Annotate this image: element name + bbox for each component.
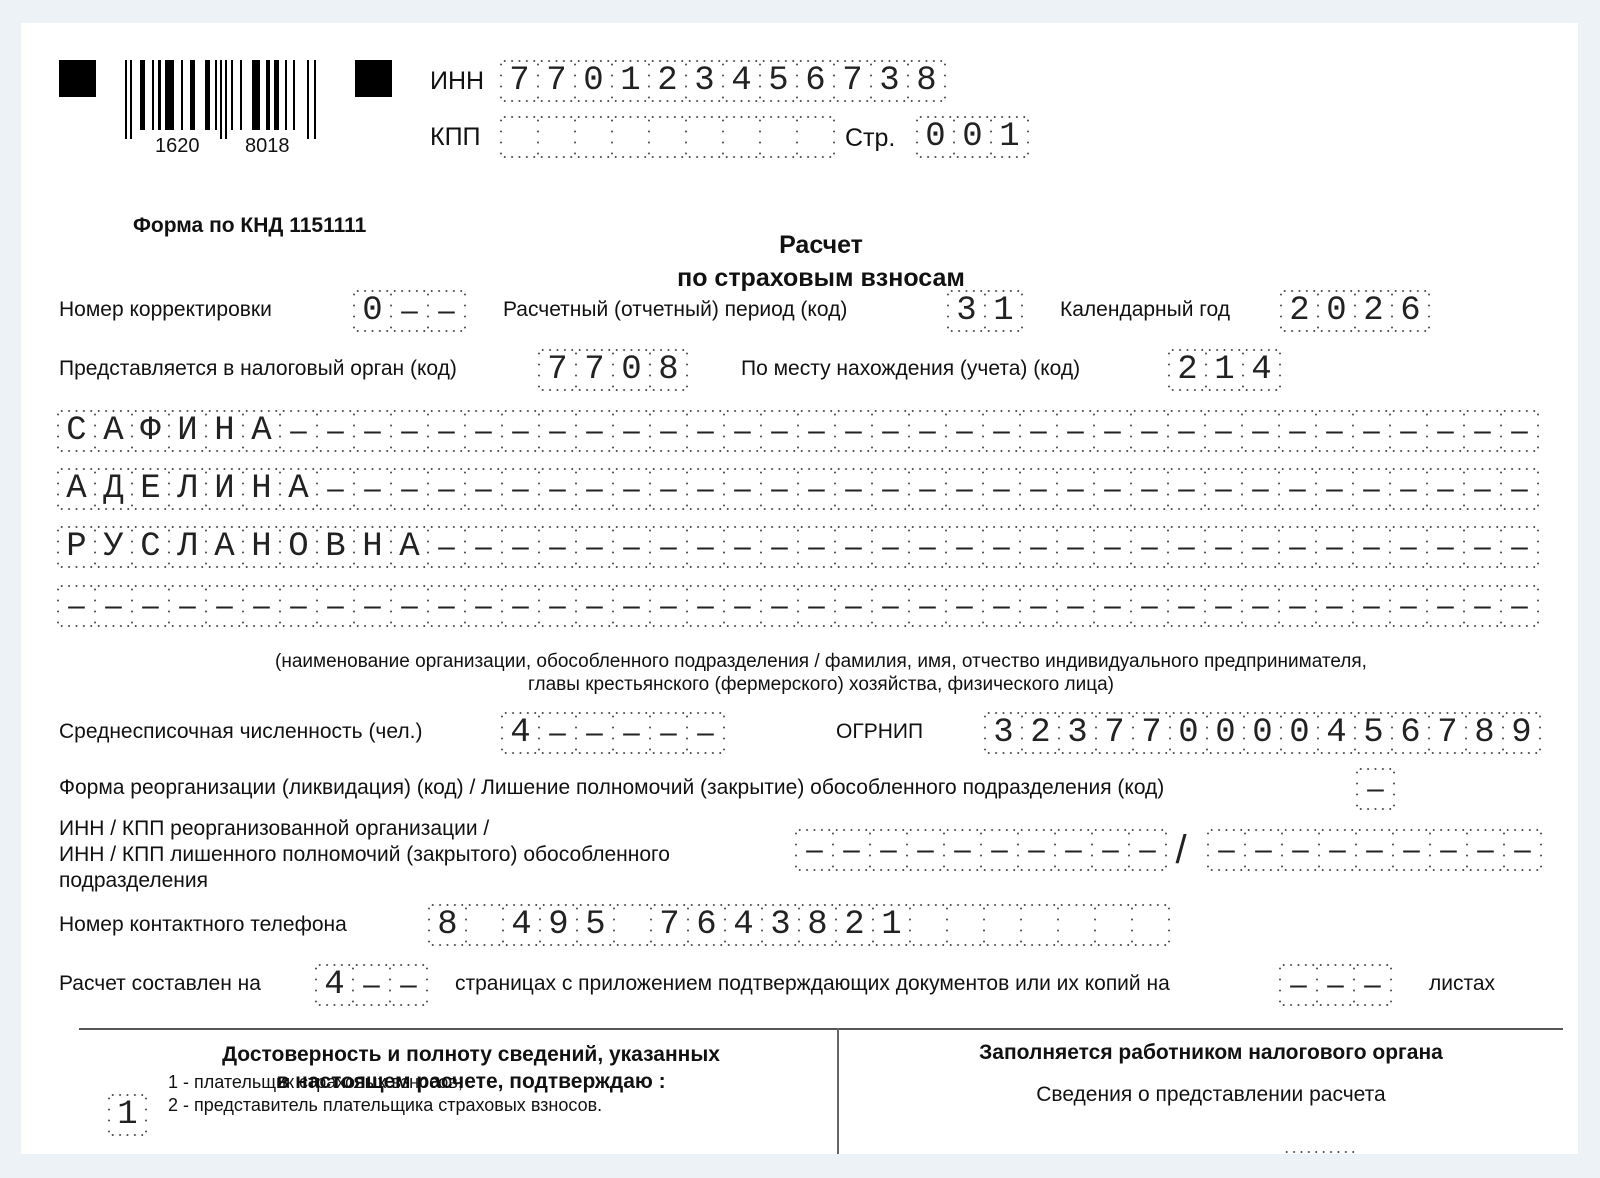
form-cell[interactable]: 8: [429, 903, 466, 947]
form-cell[interactable]: –: [354, 467, 391, 511]
form-cell[interactable]: –: [576, 711, 613, 755]
form-cell[interactable]: С: [58, 409, 95, 453]
form-cell[interactable]: –: [872, 467, 909, 511]
form-cell[interactable]: 1: [1206, 348, 1243, 392]
form-cell[interactable]: –: [280, 584, 317, 628]
form-cell[interactable]: –: [613, 525, 650, 569]
form-cell[interactable]: –: [502, 525, 539, 569]
form-cell[interactable]: 3: [985, 711, 1022, 755]
form-cell[interactable]: 1: [612, 59, 649, 103]
form-cell[interactable]: –: [1020, 584, 1057, 628]
form-cell[interactable]: –: [835, 409, 872, 453]
form-cell[interactable]: –: [1353, 467, 1390, 511]
page-title: Расчет по страховым взносам: [581, 229, 1061, 295]
name-row-2[interactable]: АДЕЛИНА–––––––––––––––––––––––––––––––––: [58, 467, 1538, 511]
form-cell[interactable]: 2: [1281, 289, 1318, 333]
form-cell[interactable]: –: [1242, 467, 1279, 511]
form-cell[interactable]: –: [946, 584, 983, 628]
form-cell[interactable]: –: [650, 584, 687, 628]
form-cell[interactable]: –: [1357, 767, 1394, 811]
form-cell[interactable]: –: [833, 828, 870, 872]
form-cell[interactable]: –: [761, 409, 798, 453]
form-cell[interactable]: –: [1131, 584, 1168, 628]
form-cell[interactable]: –: [95, 584, 132, 628]
form-cell[interactable]: –: [1501, 409, 1538, 453]
form-cell[interactable]: А: [391, 525, 428, 569]
tax-office-subheading: Сведения о представлении расчета: [861, 1083, 1561, 1107]
form-cell[interactable]: –: [1168, 467, 1205, 511]
form-cell[interactable]: –: [613, 584, 650, 628]
form-cell[interactable]: –: [576, 409, 613, 453]
form-cell[interactable]: –: [428, 409, 465, 453]
form-cell[interactable]: –: [539, 711, 576, 755]
form-cell[interactable]: –: [1501, 525, 1538, 569]
form-cell[interactable]: С: [132, 525, 169, 569]
form-cell[interactable]: –: [1092, 828, 1129, 872]
form-cell[interactable]: –: [613, 467, 650, 511]
location-code-field[interactable]: 214: [1169, 348, 1280, 392]
form-cell[interactable]: –: [983, 525, 1020, 569]
form-cell[interactable]: –: [1057, 467, 1094, 511]
form-cell[interactable]: –: [428, 584, 465, 628]
form-cell[interactable]: –: [58, 584, 95, 628]
form-cell[interactable]: –: [1279, 584, 1316, 628]
correction-number-field[interactable]: 0––: [354, 289, 465, 333]
form-cell[interactable]: –: [724, 584, 761, 628]
form-cell[interactable]: –: [761, 525, 798, 569]
form-cell[interactable]: [649, 115, 686, 159]
form-cell[interactable]: [760, 115, 797, 159]
form-cell[interactable]: –: [1390, 409, 1427, 453]
form-cell[interactable]: –: [391, 409, 428, 453]
headcount-field[interactable]: 4–––––: [502, 711, 724, 755]
sheet-count-field[interactable]: –––: [1280, 963, 1391, 1007]
form-cell[interactable]: –: [1390, 467, 1427, 511]
form-cell[interactable]: Л: [169, 467, 206, 511]
form-cell[interactable]: 7: [501, 59, 538, 103]
form-cell[interactable]: –: [1427, 525, 1464, 569]
form-cell[interactable]: 6: [1392, 711, 1429, 755]
form-cell[interactable]: 5: [577, 903, 614, 947]
form-cell[interactable]: –: [1129, 828, 1166, 872]
signer-type-field[interactable]: 1: [109, 1093, 146, 1137]
form-cell[interactable]: –: [946, 525, 983, 569]
form-cell[interactable]: –: [1020, 409, 1057, 453]
form-cell[interactable]: 1: [991, 115, 1028, 159]
form-cell[interactable]: –: [1168, 525, 1205, 569]
form-cell[interactable]: –: [539, 584, 576, 628]
tax-authority-code-field[interactable]: 7708: [539, 348, 687, 392]
form-cell[interactable]: 3: [871, 59, 908, 103]
form-cell[interactable]: –: [354, 584, 391, 628]
form-cell[interactable]: 7: [1429, 711, 1466, 755]
form-cell[interactable]: –: [687, 584, 724, 628]
page-count-field[interactable]: 4––: [316, 963, 427, 1007]
form-cell[interactable]: [797, 115, 834, 159]
form-cell[interactable]: 2: [836, 903, 873, 947]
form-cell[interactable]: 8: [799, 903, 836, 947]
pages-label-suffix: листах: [1429, 972, 1495, 996]
form-cell[interactable]: У: [95, 525, 132, 569]
calendar-year-field[interactable]: 2026: [1281, 289, 1429, 333]
form-cell[interactable]: –: [317, 467, 354, 511]
form-cell[interactable]: –: [613, 711, 650, 755]
form-cell[interactable]: В: [317, 525, 354, 569]
form-cell[interactable]: 0: [354, 289, 391, 333]
form-cell[interactable]: –: [687, 467, 724, 511]
form-cell[interactable]: [1021, 903, 1058, 947]
page-number-field[interactable]: 001: [917, 115, 1028, 159]
form-cell[interactable]: –: [1316, 467, 1353, 511]
form-cell[interactable]: –: [1354, 963, 1391, 1007]
form-cell[interactable]: –: [1280, 963, 1317, 1007]
form-cell[interactable]: –: [1427, 409, 1464, 453]
form-cell[interactable]: 7: [576, 348, 613, 392]
form-cell[interactable]: –: [1205, 584, 1242, 628]
form-cell[interactable]: –: [1057, 409, 1094, 453]
form-cell[interactable]: –: [1205, 525, 1242, 569]
form-cell[interactable]: –: [428, 467, 465, 511]
form-cell[interactable]: –: [798, 584, 835, 628]
form-cell[interactable]: Р: [58, 525, 95, 569]
form-cell[interactable]: 8: [908, 59, 945, 103]
form-cell[interactable]: –: [390, 963, 427, 1007]
form-cell[interactable]: –: [761, 467, 798, 511]
form-cell[interactable]: –: [944, 828, 981, 872]
form-cell[interactable]: –: [1168, 409, 1205, 453]
form-cell[interactable]: –: [576, 584, 613, 628]
form-cell[interactable]: –: [539, 467, 576, 511]
form-cell[interactable]: 1: [985, 289, 1022, 333]
form-cell[interactable]: –: [946, 467, 983, 511]
form-cell[interactable]: –: [1094, 409, 1131, 453]
form-cell[interactable]: –: [1020, 525, 1057, 569]
form-cell[interactable]: 7: [834, 59, 871, 103]
form-cell[interactable]: –: [132, 584, 169, 628]
form-cell[interactable]: Е: [132, 467, 169, 511]
form-cell[interactable]: –: [1317, 963, 1354, 1007]
form-cell[interactable]: –: [946, 409, 983, 453]
form-cell[interactable]: –: [687, 525, 724, 569]
form-cell[interactable]: 7: [539, 348, 576, 392]
form-cell[interactable]: –: [465, 467, 502, 511]
form-cell[interactable]: –: [317, 584, 354, 628]
form-cell[interactable]: 4: [503, 903, 540, 947]
form-cell[interactable]: [466, 903, 503, 947]
form-cell[interactable]: –: [1430, 828, 1467, 872]
form-cell[interactable]: [614, 903, 651, 947]
barcode-number-right: 8018: [245, 135, 290, 158]
form-cell[interactable]: –: [650, 467, 687, 511]
form-cell[interactable]: Д: [95, 467, 132, 511]
form-cell[interactable]: –: [465, 525, 502, 569]
form-cell[interactable]: 0: [917, 115, 954, 159]
form-cell[interactable]: –: [1018, 828, 1055, 872]
form-cell[interactable]: –: [1319, 828, 1356, 872]
form-cell[interactable]: –: [909, 467, 946, 511]
form-cell[interactable]: –: [576, 467, 613, 511]
form-cell[interactable]: 3: [762, 903, 799, 947]
form-cell[interactable]: 2: [1169, 348, 1206, 392]
form-cell[interactable]: А: [243, 409, 280, 453]
form-cell[interactable]: –: [1316, 584, 1353, 628]
form-cell[interactable]: –: [981, 828, 1018, 872]
form-cell[interactable]: А: [280, 467, 317, 511]
form-cell[interactable]: –: [391, 467, 428, 511]
form-cell[interactable]: –: [1131, 525, 1168, 569]
form-cell[interactable]: –: [502, 467, 539, 511]
form-cell[interactable]: 6: [688, 903, 725, 947]
form-cell[interactable]: –: [169, 584, 206, 628]
ogrnip-field[interactable]: 323770000456789: [985, 711, 1540, 755]
ogrnip-label: ОГРНИП: [836, 720, 923, 744]
form-cell[interactable]: –: [1393, 828, 1430, 872]
name-row-1[interactable]: САФИНА––––––––––––––––––––––––––––––––––: [58, 409, 1538, 453]
form-cell[interactable]: –: [1279, 409, 1316, 453]
form-cell[interactable]: [1095, 903, 1132, 947]
form-cell[interactable]: И: [206, 467, 243, 511]
form-cell[interactable]: –: [1427, 467, 1464, 511]
form-cell[interactable]: 2: [1355, 289, 1392, 333]
form-cell[interactable]: 4: [316, 963, 353, 1007]
form-cell[interactable]: –: [835, 467, 872, 511]
form-cell[interactable]: –: [1057, 584, 1094, 628]
form-cell[interactable]: –: [1467, 828, 1504, 872]
title-line-1: Расчет: [581, 229, 1061, 262]
form-cell[interactable]: А: [58, 467, 95, 511]
form-cell[interactable]: –: [465, 584, 502, 628]
form-cell[interactable]: –: [909, 409, 946, 453]
reorg-inn-field[interactable]: ––––––––––: [796, 828, 1166, 872]
form-cell[interactable]: –: [1094, 467, 1131, 511]
form-cell[interactable]: –: [798, 467, 835, 511]
form-cell[interactable]: –: [872, 584, 909, 628]
form-cell[interactable]: –: [1279, 467, 1316, 511]
form-cell[interactable]: –: [1353, 525, 1390, 569]
reorg-kpp-field[interactable]: –––––––––: [1208, 828, 1541, 872]
form-cell[interactable]: –: [650, 409, 687, 453]
form-cell[interactable]: Ф: [132, 409, 169, 453]
form-cell[interactable]: –: [687, 409, 724, 453]
form-cell[interactable]: –: [1245, 828, 1282, 872]
form-cell[interactable]: [910, 903, 947, 947]
form-cell[interactable]: –: [687, 711, 724, 755]
form-cell[interactable]: –: [502, 409, 539, 453]
form-cell[interactable]: –: [1055, 828, 1092, 872]
form-cell[interactable]: –: [1353, 409, 1390, 453]
form-cell[interactable]: 0: [575, 59, 612, 103]
form-cell[interactable]: 0: [1244, 711, 1281, 755]
form-cell[interactable]: –: [428, 289, 465, 333]
form-cell[interactable]: [947, 903, 984, 947]
form-cell[interactable]: 0: [1318, 289, 1355, 333]
form-cell[interactable]: –: [1242, 584, 1279, 628]
form-cell[interactable]: [501, 115, 538, 159]
form-cell[interactable]: 8: [1466, 711, 1503, 755]
form-cell[interactable]: –: [1205, 409, 1242, 453]
form-cell[interactable]: 9: [1503, 711, 1540, 755]
form-cell[interactable]: –: [391, 584, 428, 628]
form-cell[interactable]: Н: [354, 525, 391, 569]
form-cell[interactable]: –: [1316, 409, 1353, 453]
form-cell[interactable]: 0: [1207, 711, 1244, 755]
form-cell[interactable]: 6: [1392, 289, 1429, 333]
form-cell[interactable]: –: [1094, 584, 1131, 628]
form-cell[interactable]: –: [206, 584, 243, 628]
form-cell[interactable]: –: [650, 525, 687, 569]
form-cell[interactable]: –: [907, 828, 944, 872]
form-cell[interactable]: Л: [169, 525, 206, 569]
form-cell[interactable]: –: [983, 584, 1020, 628]
form-cell[interactable]: 7: [538, 59, 575, 103]
form-cell[interactable]: 4: [723, 59, 760, 103]
form-cell[interactable]: 8: [650, 348, 687, 392]
form-cell[interactable]: 2: [649, 59, 686, 103]
form-cell[interactable]: –: [1316, 525, 1353, 569]
form-cell[interactable]: А: [206, 525, 243, 569]
form-cell[interactable]: –: [1279, 525, 1316, 569]
form-cell[interactable]: 4: [1318, 711, 1355, 755]
form-cell[interactable]: [686, 115, 723, 159]
form-cell[interactable]: –: [798, 409, 835, 453]
form-cell[interactable]: –: [576, 525, 613, 569]
form-cell[interactable]: –: [354, 409, 391, 453]
signer-option-1: 1 - плательщик страховых взносов;: [168, 1071, 602, 1094]
section-divider-vertical: [837, 1028, 839, 1154]
form-cell[interactable]: –: [1205, 467, 1242, 511]
form-cell[interactable]: –: [761, 584, 798, 628]
form-cell[interactable]: [984, 903, 1021, 947]
form-cell[interactable]: 7: [1096, 711, 1133, 755]
form-cell[interactable]: 0: [954, 115, 991, 159]
form-cell[interactable]: Н: [243, 467, 280, 511]
form-cell[interactable]: Н: [243, 525, 280, 569]
form-cell[interactable]: –: [1464, 409, 1501, 453]
form-cell[interactable]: 5: [1355, 711, 1392, 755]
form-cell[interactable]: 1: [873, 903, 910, 947]
form-cell[interactable]: –: [1427, 584, 1464, 628]
form-cell[interactable]: –: [539, 525, 576, 569]
form-cell[interactable]: 4: [725, 903, 762, 947]
form-cell[interactable]: О: [280, 525, 317, 569]
form-cell[interactable]: –: [1501, 584, 1538, 628]
form-cell[interactable]: 7: [1133, 711, 1170, 755]
form-cell[interactable]: –: [353, 963, 390, 1007]
form-cell[interactable]: –: [243, 584, 280, 628]
form-cell[interactable]: [538, 115, 575, 159]
name-caption-line-1: (наименование организации, обособленного…: [81, 650, 1561, 673]
kpp-field[interactable]: [501, 115, 834, 159]
form-cell[interactable]: –: [983, 467, 1020, 511]
form-cell[interactable]: И: [169, 409, 206, 453]
form-cell[interactable]: [723, 115, 760, 159]
form-cell[interactable]: –: [1282, 828, 1319, 872]
form-cell[interactable]: –: [317, 409, 354, 453]
name-row-3[interactable]: РУСЛАНОВНА––––––––––––––––––––––––––––––: [58, 525, 1538, 569]
form-cell[interactable]: –: [1356, 828, 1393, 872]
form-cell[interactable]: 0: [613, 348, 650, 392]
form-cell[interactable]: [1132, 903, 1169, 947]
form-cell[interactable]: –: [872, 409, 909, 453]
name-row-4[interactable]: ––––––––––––––––––––––––––––––––––––––––: [58, 584, 1538, 628]
form-cell[interactable]: Н: [206, 409, 243, 453]
form-cell[interactable]: 1: [109, 1093, 146, 1137]
form-cell[interactable]: 3: [1059, 711, 1096, 755]
form-cell[interactable]: 4: [502, 711, 539, 755]
form-cell[interactable]: 5: [760, 59, 797, 103]
form-cell[interactable]: –: [724, 467, 761, 511]
form-cell[interactable]: –: [1168, 584, 1205, 628]
form-cell[interactable]: –: [1390, 525, 1427, 569]
form-cell[interactable]: –: [724, 525, 761, 569]
form-cell[interactable]: –: [1131, 467, 1168, 511]
form-cell[interactable]: [612, 115, 649, 159]
form-cell[interactable]: –: [1020, 467, 1057, 511]
confirmation-heading-line-1: Достоверность и полноту сведений, указан…: [121, 1041, 821, 1068]
form-cell[interactable]: 3: [948, 289, 985, 333]
form-cell[interactable]: –: [1242, 409, 1279, 453]
signer-type-options: 1 - плательщик страховых взносов; 2 - пр…: [168, 1071, 602, 1117]
form-cell[interactable]: –: [1464, 467, 1501, 511]
form-cell[interactable]: –: [796, 828, 833, 872]
form-cell[interactable]: –: [1057, 525, 1094, 569]
form-cell[interactable]: –: [1464, 584, 1501, 628]
form-cell[interactable]: 0: [1170, 711, 1207, 755]
form-cell[interactable]: –: [391, 289, 428, 333]
form-cell[interactable]: [1058, 903, 1095, 947]
form-cell[interactable]: –: [502, 584, 539, 628]
form-cell[interactable]: –: [983, 409, 1020, 453]
form-cell[interactable]: –: [724, 409, 761, 453]
form-cell[interactable]: –: [1094, 525, 1131, 569]
form-cell[interactable]: –: [613, 409, 650, 453]
form-cell[interactable]: 0: [1281, 711, 1318, 755]
form-cell[interactable]: 7: [651, 903, 688, 947]
form-cell[interactable]: –: [428, 525, 465, 569]
form-cell[interactable]: –: [1131, 409, 1168, 453]
form-cell[interactable]: –: [1208, 828, 1245, 872]
form-cell[interactable]: 3: [686, 59, 723, 103]
form-cell[interactable]: –: [1464, 525, 1501, 569]
form-cell[interactable]: 6: [797, 59, 834, 103]
form-cell[interactable]: –: [870, 828, 907, 872]
form-cell[interactable]: –: [1504, 828, 1541, 872]
inn-field[interactable]: 770123456738: [501, 59, 945, 103]
form-cell[interactable]: –: [872, 525, 909, 569]
form-cell[interactable]: –: [1242, 525, 1279, 569]
form-cell[interactable]: 4: [1243, 348, 1280, 392]
form-cell[interactable]: –: [1353, 584, 1390, 628]
form-cell[interactable]: –: [909, 584, 946, 628]
form-cell[interactable]: –: [539, 409, 576, 453]
form-cell[interactable]: [575, 115, 612, 159]
form-cell[interactable]: –: [1390, 584, 1427, 628]
reorg-code-field[interactable]: –: [1357, 767, 1394, 811]
form-cell[interactable]: 2: [1022, 711, 1059, 755]
form-cell[interactable]: –: [465, 409, 502, 453]
form-cell[interactable]: –: [280, 409, 317, 453]
form-cell[interactable]: –: [835, 525, 872, 569]
form-cell[interactable]: –: [650, 711, 687, 755]
form-cell[interactable]: –: [835, 584, 872, 628]
form-cell[interactable]: 9: [540, 903, 577, 947]
period-code-field[interactable]: 31: [948, 289, 1022, 333]
form-cell[interactable]: –: [798, 525, 835, 569]
form-cell[interactable]: А: [95, 409, 132, 453]
phone-field[interactable]: 84957643821: [429, 903, 1169, 947]
form-cell[interactable]: –: [1501, 467, 1538, 511]
form-cell[interactable]: –: [909, 525, 946, 569]
